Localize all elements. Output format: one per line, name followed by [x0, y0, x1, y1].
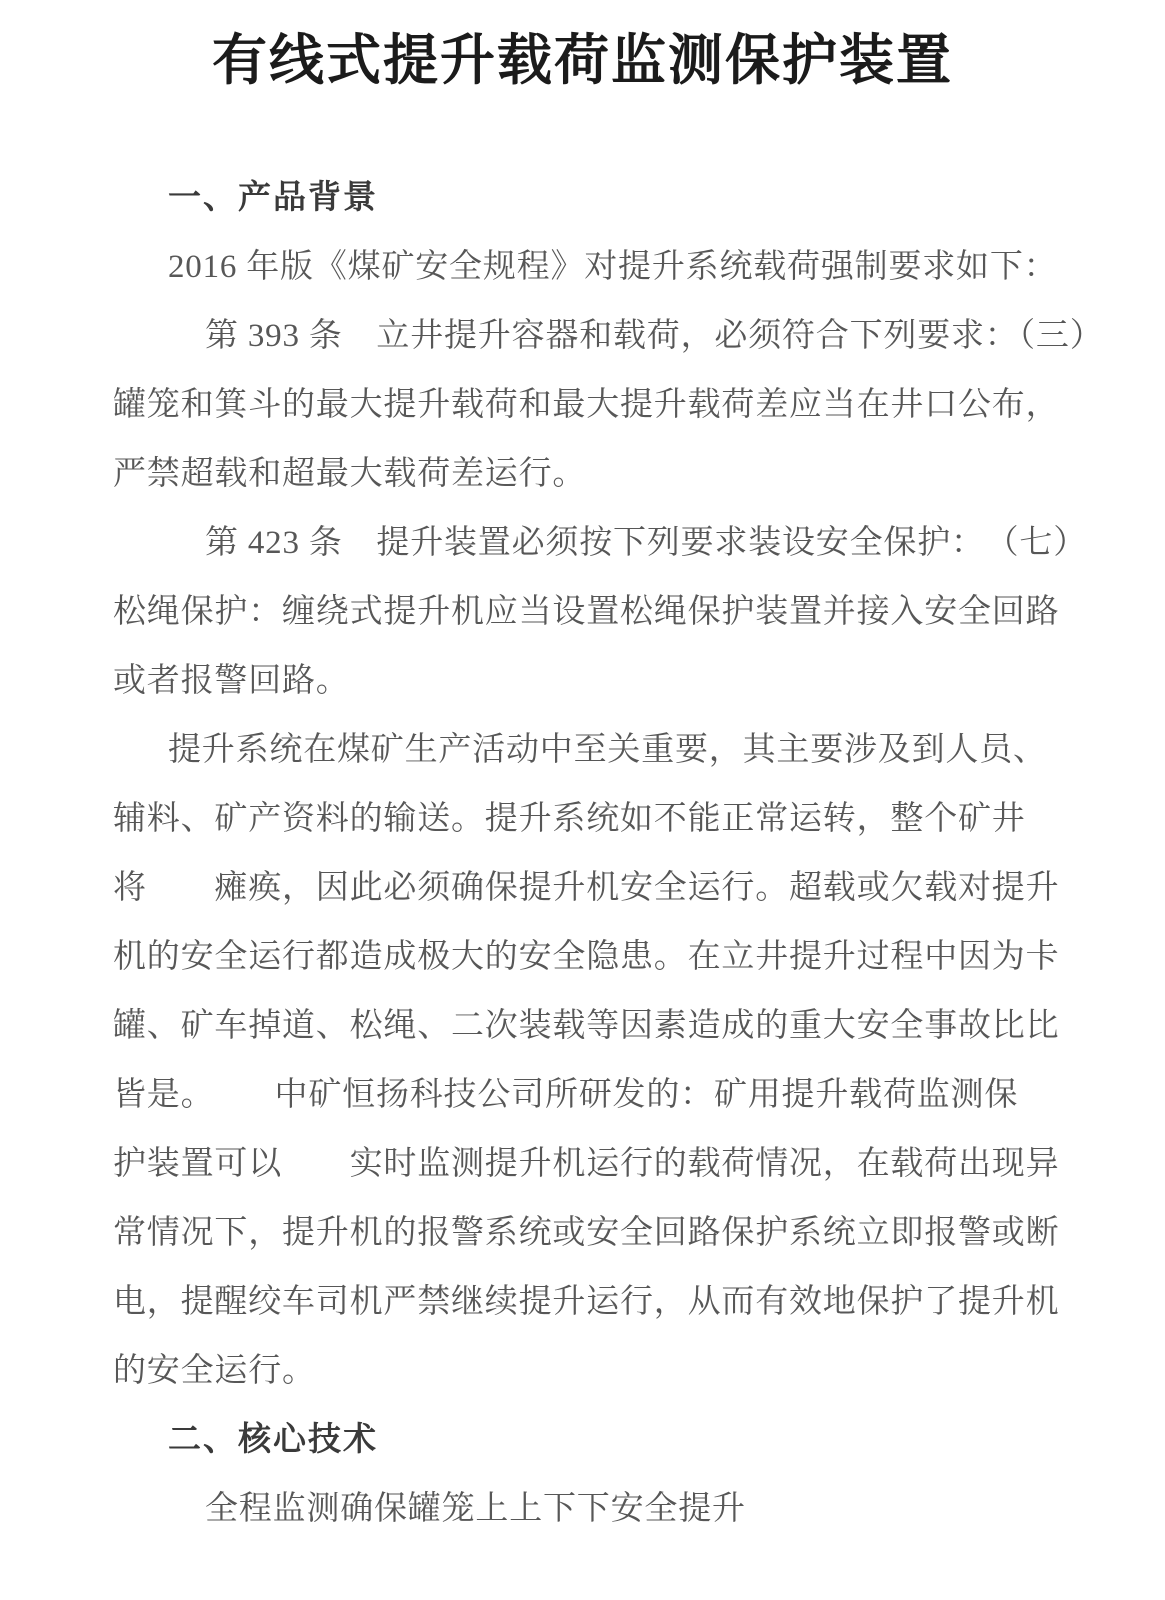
paragraph-line-article-423-cont1: 松绳保护：缠绕式提升机应当设置松绳保护装置并接入安全回路 [113, 578, 1070, 647]
paragraph-line-company-product-4: 电，提醒绞车司机严禁继续提升运行，从而有效地保护了提升机 [113, 1268, 1070, 1337]
section-heading-core-technology: 二、核心技术 [113, 1406, 1070, 1475]
paragraph-line-article-423: 第 423 条 提升装置必须按下列要求装设安全保护： （七） [113, 509, 1070, 578]
document-title: 有线式提升载荷监测保护装置 [0, 0, 1165, 94]
paragraph-line-company-product-3: 常情况下，提升机的报警系统或安全回路保护系统立即报警或断 [113, 1199, 1070, 1268]
section-heading-product-background: 一、产品背景 [113, 164, 1070, 233]
paragraph-line-importance-1: 提升系统在煤矿生产活动中至关重要，其主要涉及到人员、 [113, 716, 1070, 785]
paragraph-line-article-393: 第 393 条 立井提升容器和载荷，必须符合下列要求：（三） [113, 302, 1070, 371]
paragraph-line-company-product-5: 的安全运行。 [113, 1337, 1070, 1406]
paragraph-line-article-393-cont1: 罐笼和箕斗的最大提升载荷和最大提升载荷差应当在井口公布， [113, 371, 1070, 440]
paragraph-line-importance-2: 辅料、矿产资料的输送。提升系统如不能正常运转，整个矿井 [113, 785, 1070, 854]
paragraph-line-article-393-cont2: 严禁超载和超最大载荷差运行。 [113, 440, 1070, 509]
document-page: 有线式提升载荷监测保护装置 一、产品背景 2016 年版《煤矿安全规程》对提升系… [0, 0, 1165, 1600]
paragraph-line-importance-4: 机的安全运行都造成极大的安全隐患。在立井提升过程中因为卡 [113, 923, 1070, 992]
paragraph-line-regulation-intro: 2016 年版《煤矿安全规程》对提升系统载荷强制要求如下： [113, 233, 1070, 302]
paragraph-line-importance-5: 罐、矿车掉道、松绳、二次装载等因素造成的重大安全事故比比 [113, 992, 1070, 1061]
document-body: 一、产品背景 2016 年版《煤矿安全规程》对提升系统载荷强制要求如下： 第 3… [0, 164, 1165, 1544]
paragraph-line-article-423-cont2: 或者报警回路。 [113, 647, 1070, 716]
paragraph-line-company-product-1: 皆是。 中矿恒扬科技公司所研发的：矿用提升载荷监测保 [113, 1061, 1070, 1130]
paragraph-line-importance-3: 将 瘫痪，因此必须确保提升机安全运行。超载或欠载对提升 [113, 854, 1070, 923]
paragraph-line-company-product-2: 护装置可以 实时监测提升机运行的载荷情况，在载荷出现异 [113, 1130, 1070, 1199]
paragraph-line-full-monitoring: 全程监测确保罐笼上上下下安全提升 [113, 1475, 1070, 1544]
